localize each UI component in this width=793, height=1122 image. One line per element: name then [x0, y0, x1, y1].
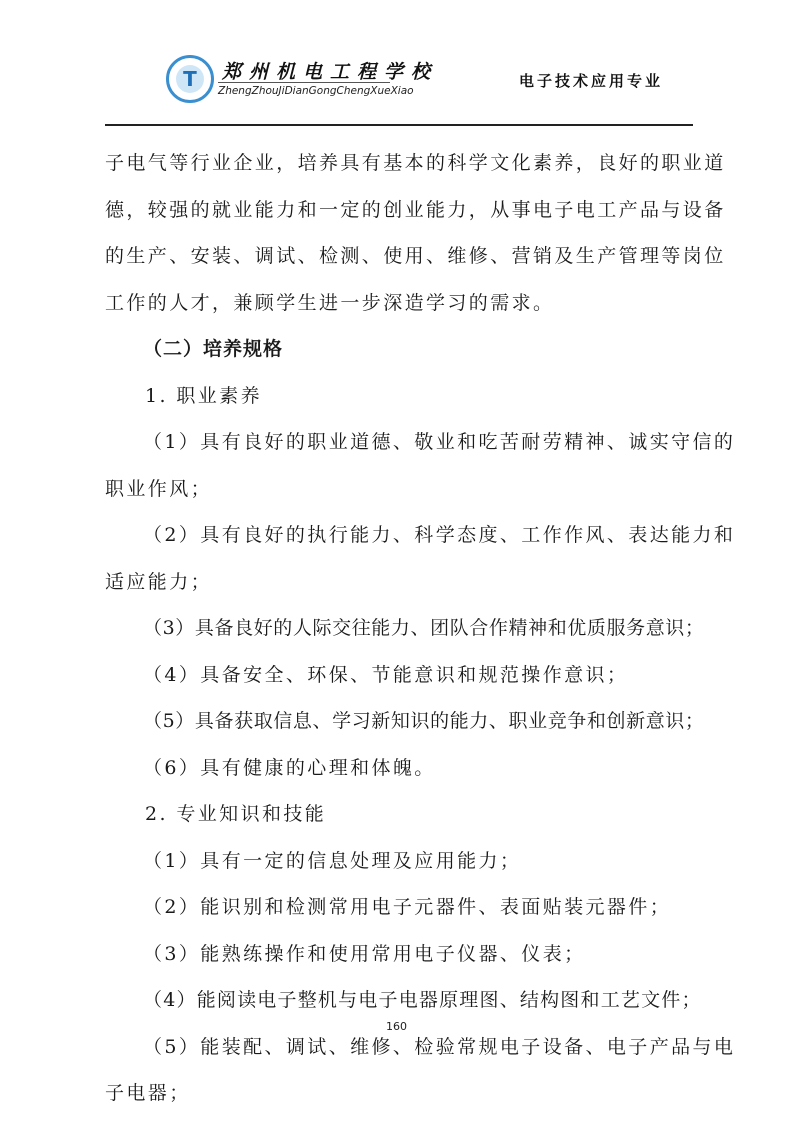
- list-item: （4）具备安全、环保、节能意识和规范操作意识；: [105, 652, 693, 699]
- page-header: T 郑州机电工程学校 ZhengZhouJiDianGongChengXueXi…: [0, 0, 793, 128]
- emblem-inner: T: [176, 65, 204, 93]
- school-emblem-icon: T: [166, 55, 214, 103]
- list-item-continuation: 适应能力；: [105, 559, 693, 606]
- page-number: 160: [0, 1020, 793, 1033]
- list-item-continuation: 子电器；: [105, 1070, 693, 1117]
- school-name-divider: [218, 82, 390, 83]
- list-item: （2）能识别和检测常用电子元器件、表面贴装元器件；: [105, 884, 693, 931]
- intro-line: 德，较强的就业能力和一定的创业能力，从事电子电工产品与设备: [105, 187, 693, 234]
- header-rule: [105, 124, 693, 126]
- list-item: （6）具有健康的心理和体魄。: [105, 745, 693, 792]
- document-body: 子电气等行业企业，培养具有基本的科学文化素养，良好的职业道 德，较强的就业能力和…: [105, 140, 693, 1117]
- list-item: （3）具备良好的人际交往能力、团队合作精神和优质服务意识；: [105, 605, 693, 652]
- emblem-letter: T: [176, 67, 204, 91]
- list-item: （1）具有良好的职业道德、敬业和吃苦耐劳精神、诚实守信的: [105, 419, 693, 466]
- school-name-cn: 郑州机电工程学校: [222, 57, 438, 84]
- subsection-title: 2. 专业知识和技能: [105, 791, 693, 838]
- subsection-title: 1. 职业素养: [105, 373, 693, 420]
- intro-line: 的生产、安装、调试、检测、使用、维修、营销及生产管理等岗位: [105, 233, 693, 280]
- list-item: （2）具有良好的执行能力、科学态度、工作作风、表达能力和: [105, 512, 693, 559]
- list-item: （5）具备获取信息、学习新知识的能力、职业竞争和创新意识；: [105, 698, 693, 745]
- section-title: （二）培养规格: [105, 326, 693, 373]
- list-item: （3）能熟练操作和使用常用电子仪器、仪表；: [105, 931, 693, 978]
- list-item: （1）具有一定的信息处理及应用能力；: [105, 838, 693, 885]
- list-item: （4）能阅读电子整机与电子电器原理图、结构图和工艺文件；: [105, 977, 693, 1024]
- intro-line: 工作的人才，兼顾学生进一步深造学习的需求。: [105, 280, 693, 327]
- intro-line: 子电气等行业企业，培养具有基本的科学文化素养，良好的职业道: [105, 140, 693, 187]
- list-item-continuation: 职业作风；: [105, 466, 693, 513]
- school-name-en: ZhengZhouJiDianGongChengXueXiao: [218, 85, 414, 97]
- major-title: 电子技术应用专业: [519, 70, 663, 91]
